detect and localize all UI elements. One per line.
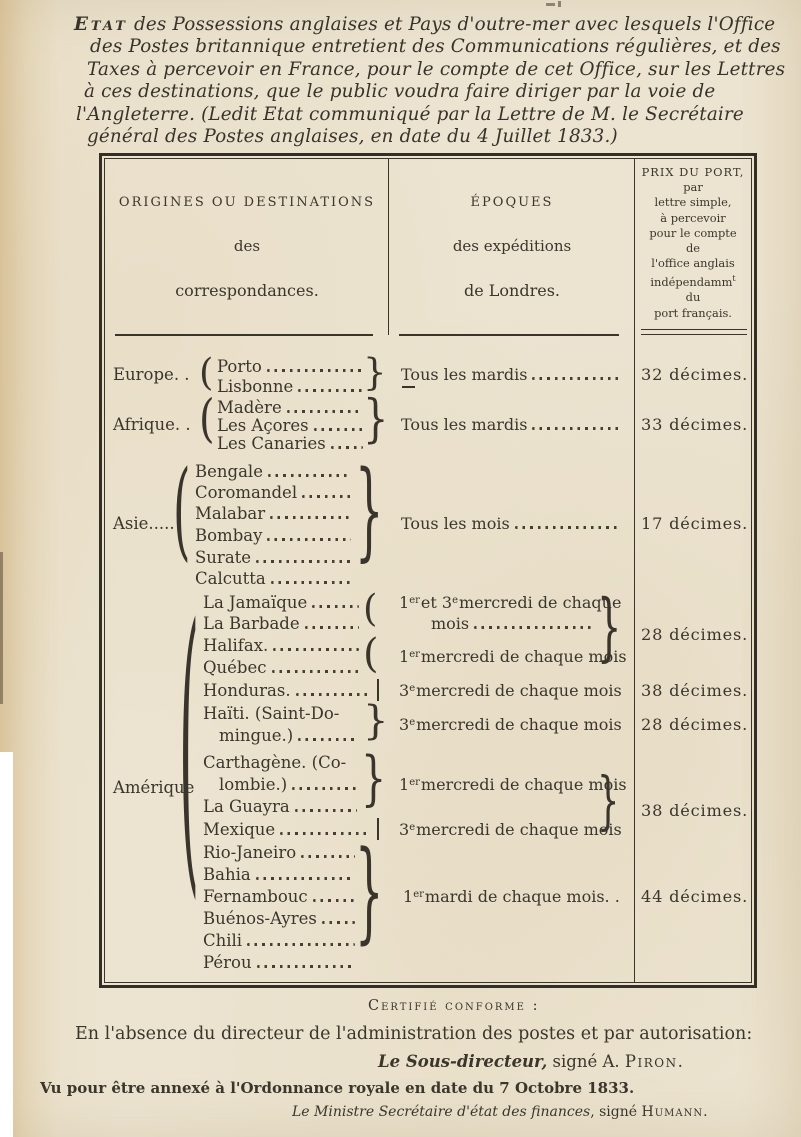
dest-name: Haïti. (Saint-Do- [203, 704, 339, 723]
dest-row-lisbonne: Lisbonne [217, 377, 365, 396]
header-rule-col3-b [641, 334, 747, 335]
price-honduras: 38 décimes. [641, 681, 748, 700]
epoque-text: 1 [399, 647, 409, 666]
dest-name: Les Açores [217, 416, 309, 435]
signe-text: signé A. [547, 1052, 625, 1071]
col3-header-line10: port français. [636, 306, 750, 321]
dot-leader [287, 410, 363, 413]
epoque-haiti: 3e mercredi de chaque mois [399, 715, 622, 734]
dest-name: Malabar [195, 504, 265, 523]
period: . [678, 1052, 683, 1071]
epoque-dash-mark [402, 386, 415, 388]
dest-row-jamaique: La Jamaïque [203, 593, 361, 612]
dest-name: La Barbade [203, 614, 300, 633]
epoque-honduras: 3e mercredi de chaque mois [399, 681, 622, 700]
price-europe: 32 décimes. [641, 365, 748, 384]
col3-header-line8: indépendammt [636, 271, 750, 290]
signe-text: , signé [590, 1104, 641, 1120]
dest-name: Carthagène. (Co- [203, 753, 346, 772]
piron-name: Piron [625, 1052, 678, 1071]
brace-haiti-group: } [363, 701, 388, 741]
epoque-text: mardi de chaque mois. . [425, 887, 620, 906]
dest-name: Mexique [203, 820, 275, 839]
dot-leader [474, 626, 595, 629]
dest-name: Calcutta [195, 569, 266, 588]
dest-name: La Guayra [203, 797, 290, 816]
epoque-text: 3 [399, 715, 409, 734]
dest-row-haiti-line2: mingue.) [219, 726, 361, 745]
col2-header-line2: des expéditions [394, 237, 630, 255]
col2-header-line1: ÉPOQUES [394, 195, 630, 210]
dest-row-fernambouc: Fernambouc [203, 887, 357, 906]
sous-directeur-line: Le Sous-directeur, signé A. Piron. [378, 1052, 683, 1071]
column-separator-1 [388, 159, 389, 335]
dest-row-chili: Chili [203, 931, 357, 950]
brace-afrique-open: ( [199, 394, 215, 445]
postal-rates-table: ORIGINES OU DESTINATIONS des corresponda… [99, 153, 757, 988]
dest-row-bengale: Bengale [195, 462, 353, 481]
document-heading: Etat des Possessions anglaises et Pays d… [58, 14, 778, 148]
dot-leader [267, 538, 351, 541]
scan-speck [546, 3, 555, 6]
dot-leader [305, 626, 359, 629]
dest-row-rio: Rio-Janeiro [203, 843, 357, 862]
heading-line-5: l'Angleterre. (Ledit Etat communiqué par… [58, 104, 778, 126]
epoque-text: mois [431, 614, 469, 633]
dest-row-bombay: Bombay [195, 526, 353, 545]
col3-header-line3: lettre simple, [636, 195, 750, 210]
epoque-text: 1 [403, 887, 413, 906]
epoque-jamaique-line1: 1er et 3e mercredi de chaque [399, 593, 621, 612]
brace-rio-group: } [355, 839, 384, 948]
col3-header-line7: l'office anglais [636, 256, 750, 271]
dest-row-malabar: Malabar [195, 504, 353, 523]
continent-amerique: Amérique [113, 778, 194, 797]
col1-header-line2: des [109, 237, 385, 255]
dot-leader [247, 943, 355, 946]
dest-name: Bahia [203, 865, 251, 884]
col3-header-line5: pour le compte [636, 226, 750, 241]
brace-38decimes-group: } [597, 771, 619, 833]
dest-name: Bengale [195, 462, 263, 481]
dest-row-acores: Les Açores [217, 416, 365, 435]
dest-row-canaries: Les Canaries [217, 434, 365, 453]
epoque-sup: er [409, 596, 420, 606]
dest-row-mexique: Mexique [203, 820, 373, 839]
dot-leader [298, 389, 363, 392]
dest-name: Porto [217, 357, 262, 376]
dest-name: Honduras. [203, 681, 291, 700]
dest-row-madere: Madère [217, 398, 365, 417]
brace-europe-close: } [363, 354, 387, 391]
price-jamaique-group: 28 décimes. [641, 625, 748, 644]
epoque-text: mercredi de chaque mois [421, 647, 627, 666]
dot-leader [272, 670, 360, 673]
brace-carthagene-group: } [361, 750, 386, 809]
epoque-sup: e [409, 718, 415, 728]
dot-leader [270, 516, 351, 519]
scan-speck [558, 1, 561, 7]
col3-header-line1: PRIX DU PORT, [636, 165, 750, 180]
price-haiti: 28 décimes. [641, 715, 748, 734]
dot-leader [532, 427, 621, 430]
epoque-text: mercredi de chaque mois [416, 681, 622, 700]
continent-afrique: Afrique. . [113, 415, 191, 434]
scan-white-corner [0, 752, 13, 1137]
dest-name: lombie.) [219, 775, 287, 794]
brace-halifax-group: ( [363, 634, 379, 674]
dest-row-surate: Surate [195, 548, 353, 567]
col3-header-line4: à percevoir [636, 211, 750, 226]
col3-header-sup: t [732, 274, 735, 283]
dot-leader [298, 738, 359, 741]
dot-leader [268, 474, 351, 477]
col3-header: PRIX DU PORT, par lettre simple, à perce… [636, 165, 750, 321]
epoque-text: Tous les mardis [401, 415, 527, 434]
price-rio-group: 44 décimes. [641, 887, 748, 906]
heading-line-2: des Postes britannique entretient des Co… [58, 36, 778, 58]
dot-leader [292, 787, 357, 790]
epoque-text: mercredi de chaque mois [416, 820, 622, 839]
epoque-sup: er [409, 650, 420, 660]
dest-row-haiti-line1: Haïti. (Saint-Do- [203, 704, 361, 723]
dest-name: Rio-Janeiro [203, 843, 296, 862]
price-afrique: 33 décimes. [641, 415, 748, 434]
epoque-europe: Tous les mardis [401, 365, 623, 384]
epoque-text: mercredi de chaque mois [421, 775, 627, 794]
dot-leader [257, 965, 355, 968]
dot-leader [295, 809, 357, 812]
price-asie: 17 décimes. [641, 514, 748, 533]
period: . [703, 1104, 707, 1120]
heading-line-4: à ces destinations, que le public voudra… [58, 81, 778, 103]
ministre-title: Le Ministre Secrétaire d'état des financ… [292, 1104, 590, 1120]
epoque-jamaique-line2: mois [431, 614, 597, 633]
dest-row-quebec: Québec [203, 658, 361, 677]
honduras-separator-bar [377, 679, 379, 701]
dest-name: Surate [195, 548, 251, 567]
dot-leader [313, 899, 355, 902]
dest-name: Coromandel [195, 483, 297, 502]
brace-asie-close: } [355, 459, 384, 565]
dot-leader [322, 921, 355, 924]
heading-line-3: Taxes à percevoir en France, pour le com… [58, 59, 778, 81]
dest-row-perou: Pérou [203, 953, 357, 972]
continent-asie: Asie..... [113, 514, 175, 533]
dest-row-guayra: La Guayra [203, 797, 359, 816]
epoque-sup: e [409, 684, 415, 694]
dest-row-buenos: Buénos-Ayres [203, 909, 357, 928]
epoque-text: 1 [399, 775, 409, 794]
dot-leader [256, 877, 355, 880]
heading-line-1-text: des Possessions anglaises et Pays d'outr… [128, 14, 775, 35]
dest-name: Lisbonne [217, 377, 293, 396]
vu-line: Vu pour être annexé à l'Ordonnance royal… [40, 1079, 634, 1097]
dest-name: Buénos-Ayres [203, 909, 317, 928]
brace-amerique-open: ( [179, 589, 199, 900]
brace-europe-open: ( [199, 354, 213, 391]
sous-directeur-title: Le Sous-directeur, [378, 1052, 547, 1071]
dest-row-honduras: Honduras. [203, 681, 373, 700]
col1-header-line3: correspondances. [109, 281, 385, 300]
absence-line: En l'absence du directeur de l'administr… [75, 1024, 752, 1044]
col3-header-line8-text: indépendamm [650, 275, 732, 289]
dest-row-barbade: La Barbade [203, 614, 361, 633]
dot-leader [301, 855, 355, 858]
dest-name: Pérou [203, 953, 252, 972]
dot-leader [532, 377, 621, 380]
dot-leader [314, 428, 363, 431]
header-rule-col3-a [641, 329, 747, 330]
epoque-text: et 3 [421, 593, 452, 612]
dest-name: Les Canaries [217, 434, 326, 453]
epoque-text: 3 [399, 681, 409, 700]
column-separator-2 [634, 159, 635, 982]
dest-row-porto: Porto [217, 357, 365, 376]
dest-row-bahia: Bahia [203, 865, 357, 884]
ministre-line: Le Ministre Secrétaire d'état des financ… [292, 1104, 708, 1120]
dest-row-calcutta: Calcutta [195, 569, 353, 588]
price-carthagene-group: 38 décimes. [641, 801, 748, 820]
col3-header-line9: du [636, 290, 750, 305]
dest-name: Chili [203, 931, 242, 950]
dest-name: Bombay [195, 526, 262, 545]
dot-leader [280, 832, 371, 835]
mexique-separator-bar [377, 818, 379, 840]
dot-leader [331, 446, 363, 449]
epoque-text: Tous les mois [401, 514, 510, 533]
epoque-mexique: 3e mercredi de chaque mois [399, 820, 622, 839]
col3-header-line6: de [636, 241, 750, 256]
scanned-document-page: Etat des Possessions anglaises et Pays d… [0, 0, 801, 1137]
dest-name: La Jamaïque [203, 593, 307, 612]
dest-row-carthagene-line1: Carthagène. (Co- [203, 753, 361, 772]
epoque-text: 1 [399, 593, 409, 612]
brace-afrique-close: } [363, 394, 388, 445]
heading-first-word: Etat [74, 14, 128, 35]
epoque-text: mercredi de chaque mois [416, 715, 622, 734]
dot-leader [515, 526, 621, 529]
epoque-afrique: Tous les mardis [401, 415, 623, 434]
dest-name: Fernambouc [203, 887, 308, 906]
epoque-text: mercredi de chaque [459, 593, 621, 612]
page-left-edge-shadow [0, 552, 3, 704]
heading-line-1: Etat des Possessions anglaises et Pays d… [58, 14, 778, 36]
dot-leader [267, 369, 363, 372]
epoque-text: 3 [399, 820, 409, 839]
epoque-carthagene: 1er mercredi de chaque mois [399, 775, 627, 794]
brace-28decimes-group: } [597, 590, 621, 664]
dest-name: Madère [217, 398, 282, 417]
epoque-rio: 1er mardi de chaque mois. . [403, 887, 620, 906]
humann-name: Humann [642, 1104, 704, 1120]
dot-leader [256, 560, 351, 563]
dest-row-carthagene-line2: lombie.) [219, 775, 359, 794]
epoque-halifax: 1er mercredi de chaque mois [399, 647, 627, 666]
col3-header-line2: par [636, 180, 750, 195]
epoque-asie: Tous les mois [401, 514, 623, 533]
dest-name: mingue.) [219, 726, 293, 745]
dest-name: Halifax. [203, 636, 268, 655]
header-rule-col1 [115, 334, 373, 336]
epoque-text: Tous les mardis [401, 365, 527, 384]
dot-leader [312, 605, 359, 608]
brace-asie-open: ( [173, 459, 190, 565]
certifie-conforme: Certifié conforme : [368, 998, 539, 1014]
dot-leader [271, 581, 351, 584]
dest-name: Québec [203, 658, 267, 677]
header-rule-col2 [399, 334, 619, 336]
epoque-sup: e [452, 596, 458, 606]
dot-leader [302, 495, 351, 498]
continent-europe: Europe. . [113, 365, 190, 384]
col2-header-line3: de Londres. [394, 281, 630, 300]
dot-leader [296, 693, 371, 696]
dest-row-halifax: Halifax. [203, 636, 361, 655]
col1-header-line1: ORIGINES OU DESTINATIONS [109, 195, 385, 210]
epoque-sup: e [409, 823, 415, 833]
dest-row-coromandel: Coromandel [195, 483, 353, 502]
dot-leader [273, 648, 359, 651]
brace-jamaique-group: ( [363, 590, 377, 627]
epoque-sup: er [409, 778, 420, 788]
epoque-sup: er [413, 890, 424, 900]
heading-line-6: général des Postes anglaises, en date du… [58, 126, 778, 148]
